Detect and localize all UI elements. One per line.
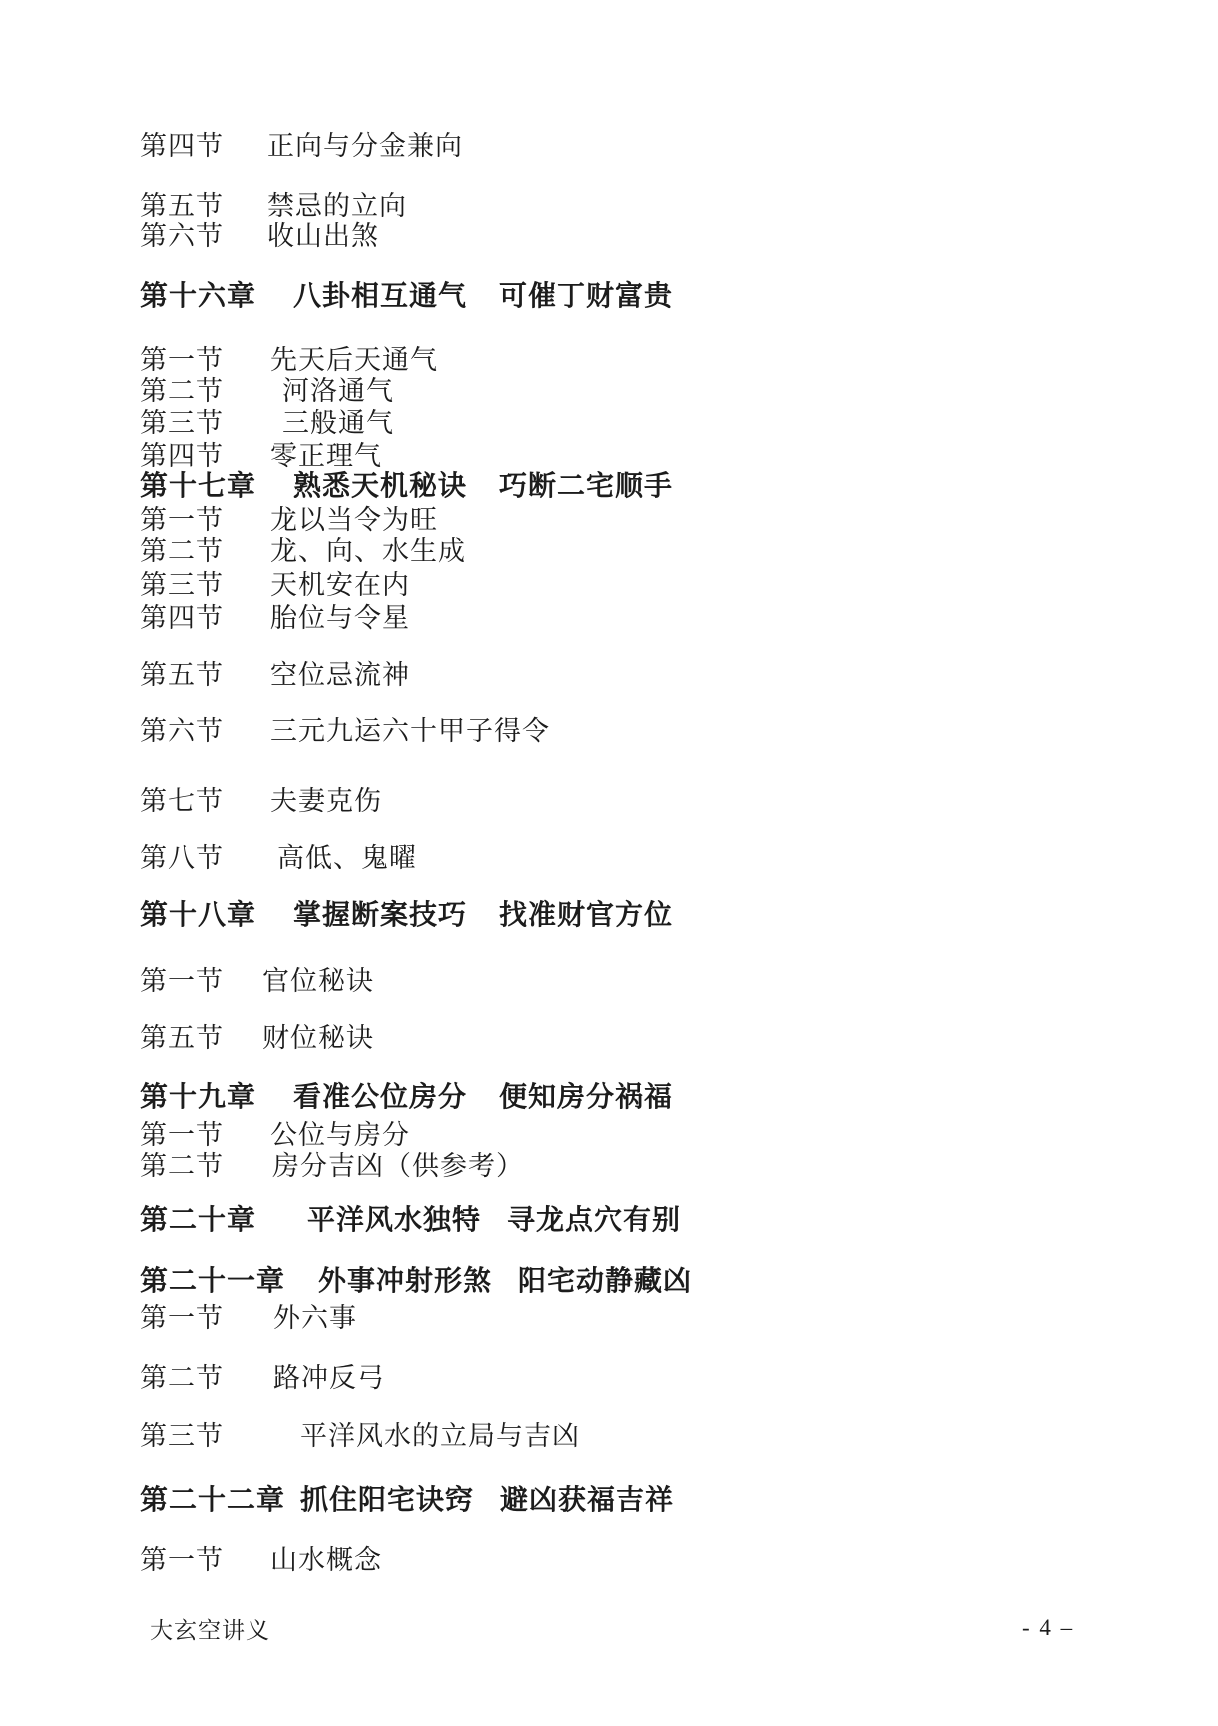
toc-section-row: 第四节 零正理气: [140, 440, 382, 472]
toc-section-row: 第七节 夫妻克伤: [140, 785, 382, 817]
section-title: 平洋风水的立局与吉凶: [300, 1420, 580, 1452]
section-label: 第二节: [140, 1362, 273, 1394]
section-title: 公位与房分: [270, 1119, 410, 1151]
section-label: 第一节: [140, 344, 270, 376]
chapter-subtitle: 巧断二宅顺手: [499, 470, 673, 504]
section-label: 第五节: [140, 190, 267, 222]
chapter-subtitle: 寻龙点穴有别: [507, 1204, 681, 1238]
toc-section-row: 第二节 河洛通气: [140, 375, 394, 407]
section-label: 第五节: [140, 659, 270, 691]
toc-section-row: 第五节 禁忌的立向: [140, 190, 407, 222]
toc-section-row: 第六节 三元九运六十甲子得令: [140, 715, 550, 747]
chapter-label: 第十九章: [140, 1081, 293, 1115]
chapter-title: 外事冲射形煞: [318, 1265, 492, 1299]
toc-chapter-row: 第十九章 看准公位房分 便知房分祸福: [140, 1081, 673, 1115]
chapter-subtitle: 避凶获福吉祥: [500, 1484, 674, 1518]
toc-section-row: 第六节 收山出煞: [140, 220, 379, 252]
toc-chapter-row: 第十八章 掌握断案技巧 找准财官方位: [140, 899, 673, 933]
section-title: 房分吉凶（供参考）: [272, 1150, 524, 1182]
chapter-subtitle: 阳宅动静藏凶: [518, 1265, 692, 1299]
section-title: 三元九运六十甲子得令: [270, 715, 550, 747]
toc-section-row: 第三节 三般通气: [140, 407, 394, 439]
toc-section-row: 第二节 房分吉凶（供参考）: [140, 1150, 524, 1182]
toc-chapter-row: 第十七章 熟悉天机秘诀 巧断二宅顺手: [140, 470, 673, 504]
chapter-label: 第二十章: [140, 1204, 307, 1238]
section-title: 路冲反弓: [273, 1362, 385, 1394]
section-label: 第四节: [140, 130, 267, 162]
section-label: 第六节: [140, 715, 270, 747]
toc-chapter-row: 第十六章 八卦相互通气 可催丁财富贵: [140, 280, 673, 314]
section-title: 龙以当令为旺: [270, 504, 438, 536]
section-label: 第一节: [140, 504, 270, 536]
chapter-label: 第十六章: [140, 280, 293, 314]
toc-section-row: 第一节 先天后天通气: [140, 344, 438, 376]
section-title: 正向与分金兼向: [267, 130, 463, 162]
section-label: 第四节: [140, 440, 270, 472]
section-label: 第一节: [140, 965, 262, 997]
section-title: 先天后天通气: [270, 344, 438, 376]
toc-section-row: 第一节 龙以当令为旺: [140, 504, 438, 536]
section-label: 第三节: [140, 1420, 300, 1452]
toc-section-row: 第八节 高低、鬼曜: [140, 842, 417, 874]
section-title: 官位秘诀: [262, 965, 374, 997]
section-label: 第五节: [140, 1022, 262, 1054]
section-title: 空位忌流神: [270, 659, 410, 691]
document-page: 第四节 正向与分金兼向 第五节 禁忌的立向 第六节 收山出煞 第十六章 八卦相互…: [0, 0, 1218, 1726]
toc-chapter-row: 第二十二章 抓住阳宅诀窍 避凶获福吉祥: [140, 1484, 674, 1518]
chapter-subtitle: 可催丁财富贵: [499, 280, 673, 314]
chapter-subtitle: 便知房分祸福: [499, 1081, 673, 1115]
section-title: 三般通气: [282, 407, 394, 439]
chapter-label: 第十八章: [140, 899, 293, 933]
chapter-label: 第二十二章: [140, 1484, 300, 1518]
section-label: 第六节: [140, 220, 267, 252]
chapter-title: 平洋风水独特: [307, 1204, 481, 1238]
chapter-subtitle: 找准财官方位: [499, 899, 673, 933]
section-label: 第七节: [140, 785, 270, 817]
toc-section-row: 第四节 正向与分金兼向: [140, 130, 463, 162]
section-title: 收山出煞: [267, 220, 379, 252]
toc-section-row: 第一节 公位与房分: [140, 1119, 410, 1151]
section-label: 第一节: [140, 1544, 270, 1576]
section-title: 夫妻克伤: [270, 785, 382, 817]
chapter-title: 熟悉天机秘诀: [293, 470, 467, 504]
section-title: 外六事: [273, 1302, 357, 1334]
section-label: 第四节: [140, 602, 270, 634]
section-title: 龙、向、水生成: [270, 535, 466, 567]
toc-section-row: 第一节 山水概念: [140, 1544, 382, 1576]
section-title: 零正理气: [270, 440, 382, 472]
toc-section-row: 第二节 路冲反弓: [140, 1362, 385, 1394]
toc-chapter-row: 第二十一章 外事冲射形煞 阳宅动静藏凶: [140, 1265, 692, 1299]
footer-page-number: - 4 –: [1022, 1615, 1074, 1641]
toc-section-row: 第三节 天机安在内: [140, 569, 410, 601]
section-label: 第二节: [140, 535, 270, 567]
toc-section-row: 第三节 平洋风水的立局与吉凶: [140, 1420, 580, 1452]
chapter-label: 第十七章: [140, 470, 293, 504]
toc-chapter-row: 第二十章 平洋风水独特 寻龙点穴有别: [140, 1204, 681, 1238]
toc-section-row: 第一节 外六事: [140, 1302, 357, 1334]
section-label: 第一节: [140, 1119, 270, 1151]
section-title: 高低、鬼曜: [277, 842, 417, 874]
toc-section-row: 第五节 财位秘诀: [140, 1022, 374, 1054]
section-title: 山水概念: [270, 1544, 382, 1576]
section-label: 第三节: [140, 569, 270, 601]
chapter-title: 掌握断案技巧: [293, 899, 467, 933]
chapter-title: 抓住阳宅诀窍: [300, 1484, 474, 1518]
section-label: 第二节: [140, 1150, 272, 1182]
toc-section-row: 第一节 官位秘诀: [140, 965, 374, 997]
section-title: 河洛通气: [282, 375, 394, 407]
section-label: 第三节: [140, 407, 282, 439]
chapter-title: 看准公位房分: [293, 1081, 467, 1115]
section-label: 第八节: [140, 842, 277, 874]
section-title: 天机安在内: [270, 569, 410, 601]
section-title: 禁忌的立向: [267, 190, 407, 222]
section-title: 胎位与令星: [270, 602, 410, 634]
section-label: 第一节: [140, 1302, 273, 1334]
toc-section-row: 第五节 空位忌流神: [140, 659, 410, 691]
toc-section-row: 第二节 龙、向、水生成: [140, 535, 466, 567]
chapter-title: 八卦相互通气: [293, 280, 467, 314]
chapter-label: 第二十一章: [140, 1265, 318, 1299]
section-label: 第二节: [140, 375, 282, 407]
section-title: 财位秘诀: [262, 1022, 374, 1054]
toc-section-row: 第四节 胎位与令星: [140, 602, 410, 634]
footer-doc-title: 大玄空讲义: [150, 1612, 270, 1645]
